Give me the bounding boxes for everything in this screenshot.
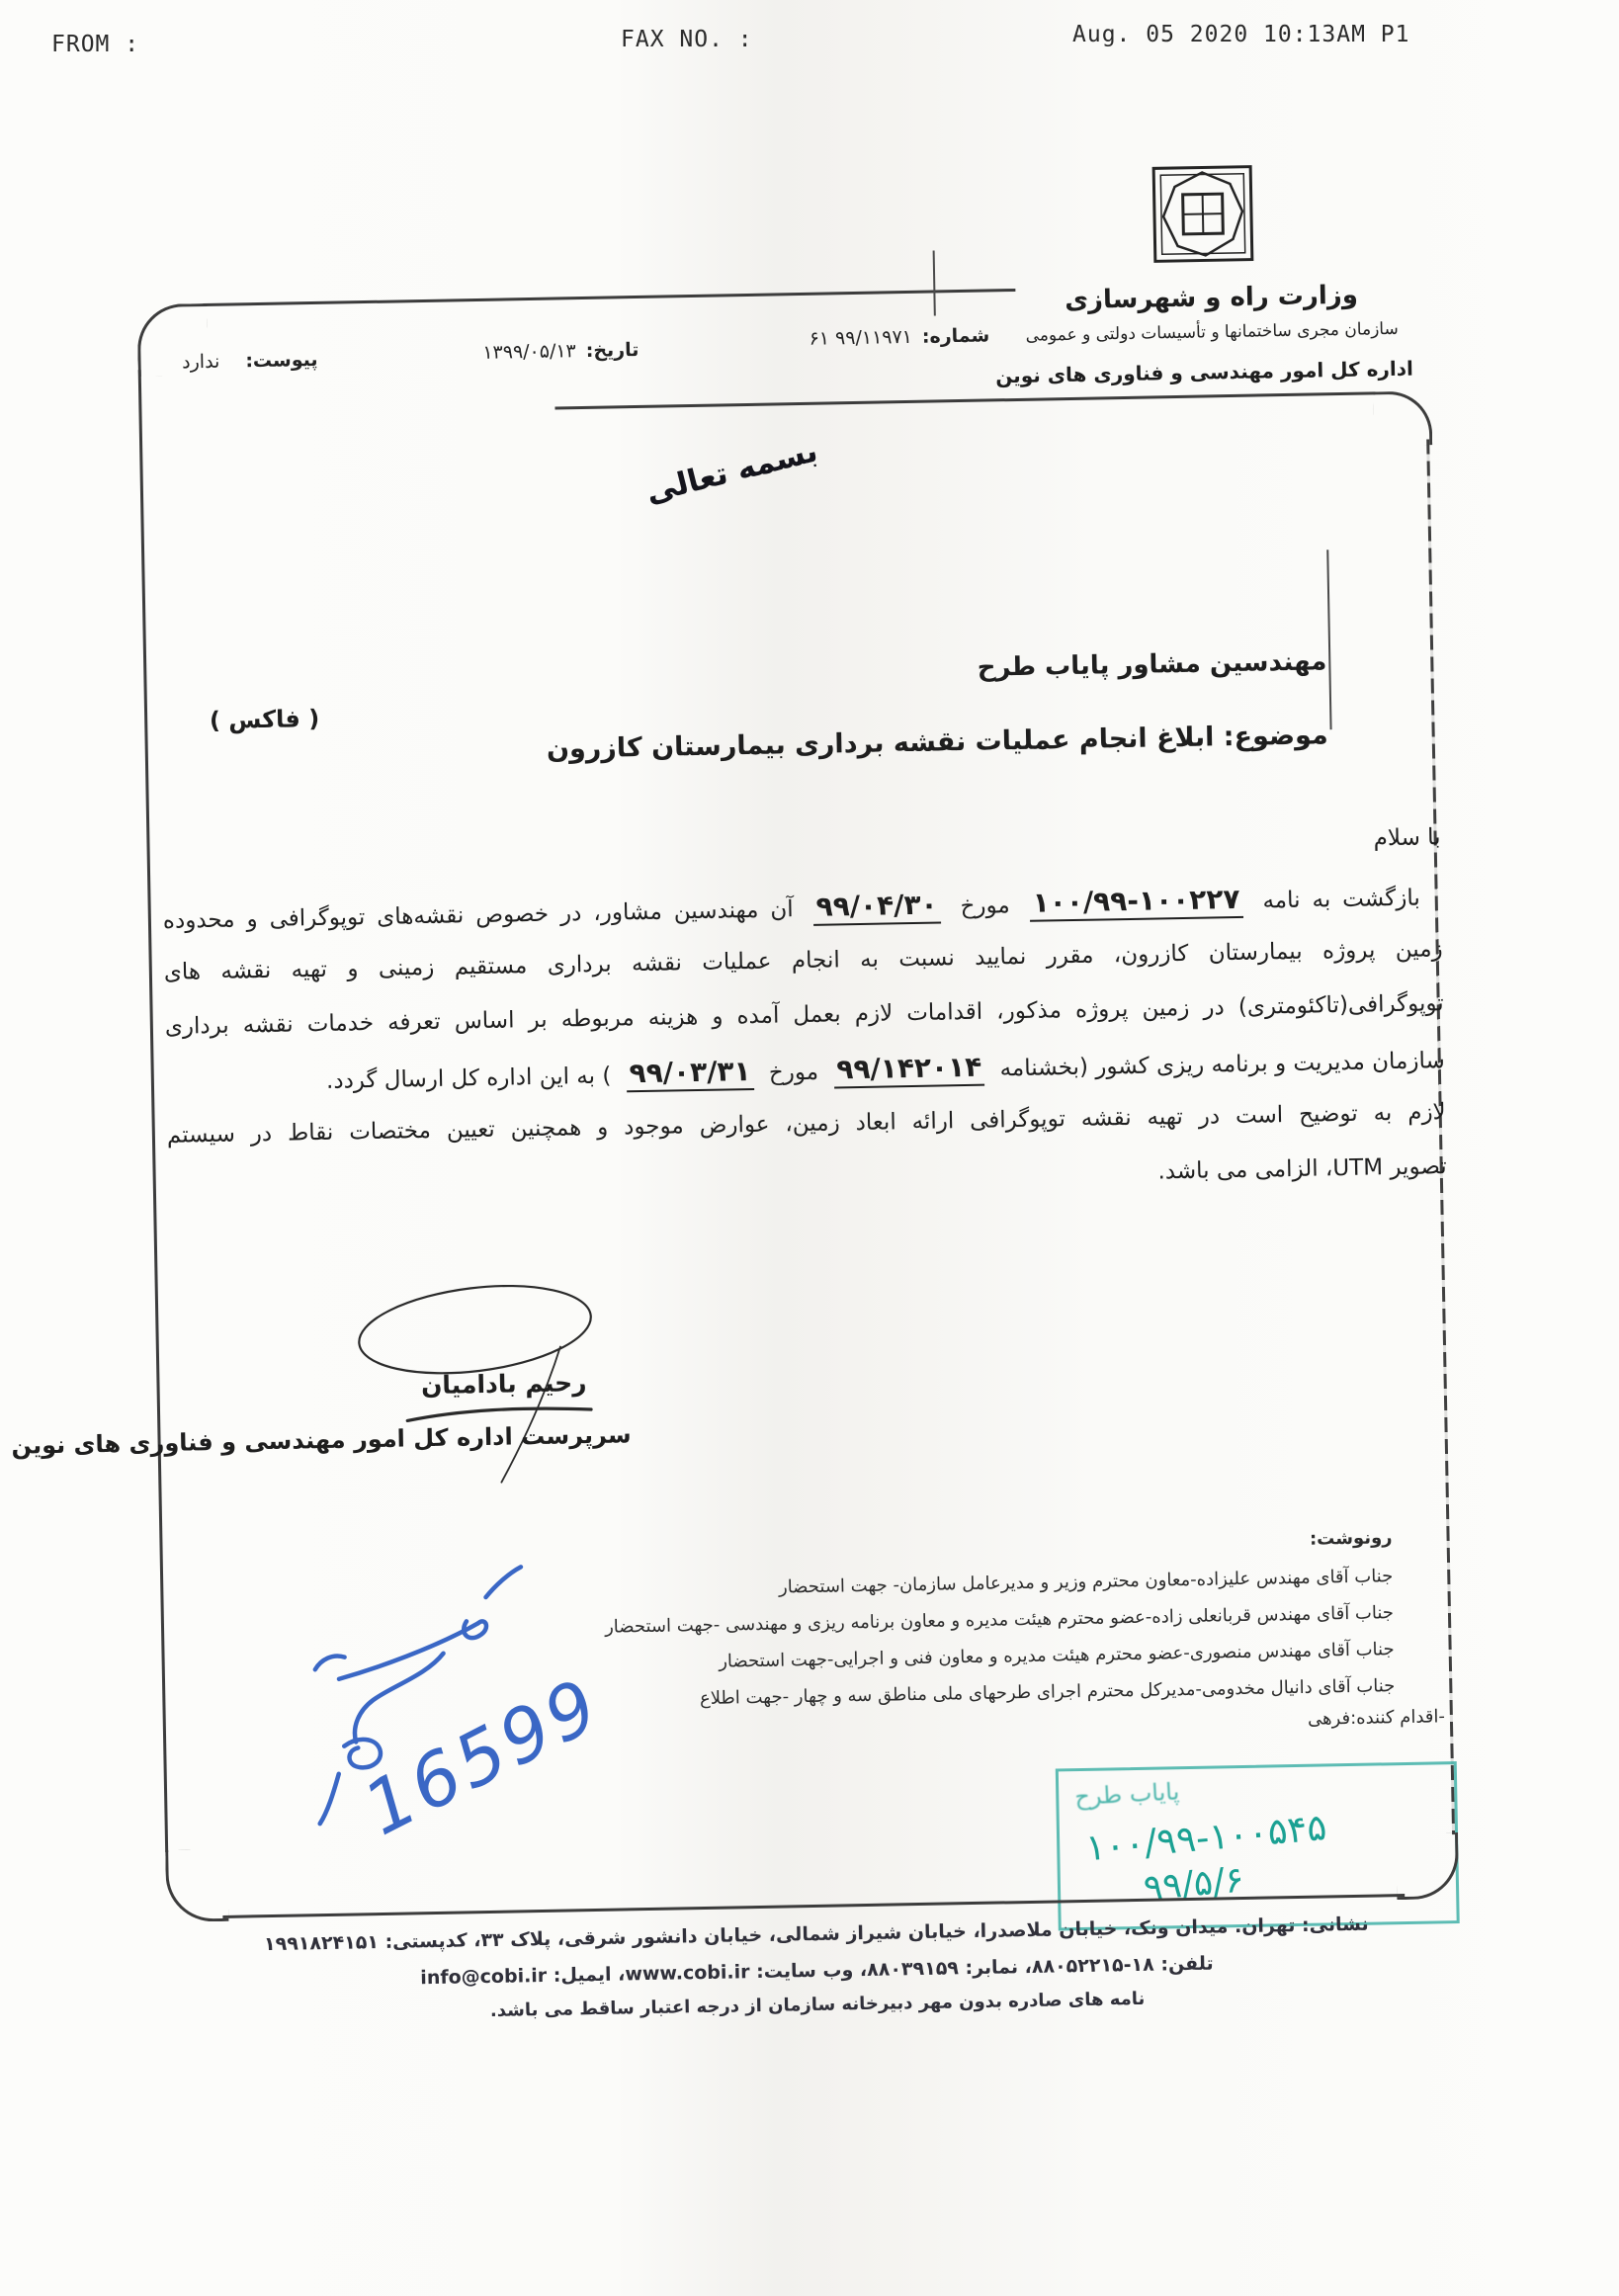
frame-top-line — [203, 289, 1015, 306]
frame-corner-top-right — [1373, 390, 1432, 446]
stamp-date: ۹۹/۵/۶ — [1142, 1860, 1245, 1910]
stamp-number: ۱۰۰/۹۹-۱۰۰۵۴۵ — [1084, 1806, 1328, 1869]
letter-number-value: ۹۹/۱۱۹۷۱ ۶۱ — [809, 326, 912, 350]
reference-number: ۱۰۰/۹۹-۱۰۰۲۲۷ — [1029, 883, 1242, 922]
body-line1-pre: بازگشت به نامه — [1262, 886, 1420, 914]
stamp-company-name: پایاب طرح — [1074, 1777, 1180, 1811]
besmellah-calligraphy: بسمه تعالی — [642, 433, 821, 510]
attachment-label: پیوست: — [245, 349, 318, 372]
reference-date: ۹۹/۰۴/۳۰ — [812, 888, 941, 925]
circular-date: ۹۹/۰۳/۳۱ — [626, 1055, 754, 1092]
frame-header-rule — [554, 391, 1375, 409]
cc-block: رونوشت: جناب آقای مهندس علیزاده-معاون مح… — [604, 1527, 1397, 1743]
letter-date-label: تاریخ: — [586, 339, 639, 362]
letter-date-field: تاریخ:۱۳۹۹/۰۵/۱۳ — [482, 339, 639, 364]
organization-name: سازمان مجری ساختمانها و تأسیسات دولتی و … — [975, 318, 1449, 347]
scan-artifact-line — [1326, 550, 1331, 729]
signer-name: رحیم بادامیان — [421, 1368, 587, 1400]
letter-body: بازگشت به نامه ۱۰۰/۹۹-۱۰۰۲۲۷ مورخ ۹۹/۰۴/… — [162, 868, 1447, 1218]
ministry-logo-icon — [1150, 164, 1255, 265]
letter-scan: وزارت راه و شهرسازی سازمان مجری ساختمانه… — [0, 0, 1619, 2296]
scan-artifact-mark — [933, 250, 936, 315]
attachment-field: پیوست:ندارد — [182, 349, 318, 374]
recipient-name: مهندسین مشاور پایاب طرح — [977, 646, 1326, 682]
body-line4-pre: سازمان مدیریت و برنامه ریزی کشور (بخشنام… — [999, 1048, 1445, 1081]
body-line4-mid: مورخ — [769, 1060, 819, 1086]
attachment-value: ندارد — [182, 351, 220, 374]
letter-footer: نشانی: تهران. میدان ونک، خیابان ملاصدرا،… — [184, 1912, 1450, 2026]
letter-date-value: ۱۳۹۹/۰۵/۱۳ — [482, 340, 576, 364]
department-name: اداره کل امور مهندسی و فناوری های نوین — [1012, 357, 1413, 387]
handwritten-blue-note: 16599 — [276, 1554, 618, 1876]
ministry-name: وزارت راه و شهرسازی — [1033, 280, 1389, 316]
letter-number-field: شماره:۹۹/۱۱۹۷۱ ۶۱ — [809, 324, 989, 349]
subject-line: موضوع: ابلاغ انجام عملیات نقشه برداری بی… — [547, 720, 1328, 764]
letter-number-label: شماره: — [922, 324, 990, 347]
frame-left-border — [138, 370, 168, 1852]
footer-address: نشانی: تهران. میدان ونک، خیابان ملاصدرا،… — [184, 1912, 1449, 1956]
cc-label: رونوشت: — [604, 1527, 1393, 1563]
salutation: با سلام — [1373, 824, 1440, 851]
circular-number: ۹۹/۱۴۲۰۱۴ — [833, 1051, 985, 1089]
body-line1-mid: مورخ — [960, 893, 1010, 919]
body-line4-post: ) به این اداره کل ارسال گردد. — [326, 1063, 612, 1094]
frame-corner-bottom-left — [165, 1849, 228, 1922]
fax-scan-page: FROM : FAX NO. : Aug. 05 2020 10:13AM P1… — [0, 0, 1619, 2296]
fax-note: ( فاکس ) — [210, 705, 320, 734]
body-line1-post: آن مهندسین مشاور، در خصوص نقشه‌های توپوگ… — [163, 896, 794, 934]
